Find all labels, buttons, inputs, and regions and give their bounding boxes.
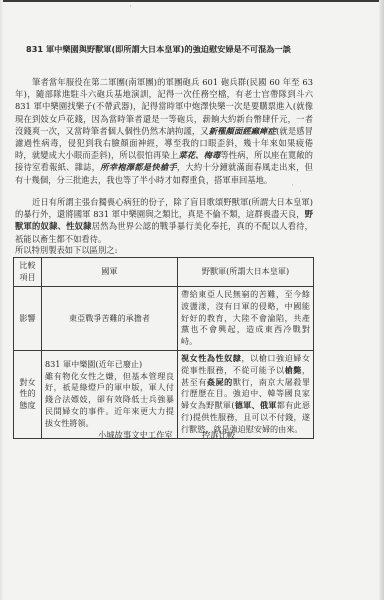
bold-text: 姦屍的 [207,377,233,387]
credit-author: 小城故事文史工作室 [98,429,173,441]
paragraph-text: 近日有所謂主張台獨喪心病狂的份子，除了盲目歌頌野獸軍(所謂大日本皇軍)的暴行外，… [15,197,313,219]
comparison-table: 比較項目 國軍 野獸軍(所謂大日本皇軍) 影響 東亞戰爭苦難的承擔者 帶給東亞人… [13,257,314,439]
credit-note: 控訴比較 [202,429,235,441]
row-label-attitude: 對女性的態度 [14,350,42,438]
impact-national-army: 東亞戰爭苦難的承擔者 [42,287,178,351]
scan-speck [292,184,293,186]
paragraph-2: 近日有所謂主張台獨喪心病狂的份子，除了盲目歌頌野獸軍(所謂大日本皇軍)的暴行外，… [15,196,313,245]
emphasis-text: 菜花、梅毒 [178,150,220,160]
paragraph-3: 所以特別製表如下以區別之: [15,244,313,256]
impact-beast-army: 帶給東亞人民無窮的苦難，至今餘波盪漾，沒有日軍的侵略，中國能好好的教育，大陸不會… [178,287,314,351]
bold-text: 槍斃 [285,365,302,375]
scan-speck [130,5,131,7]
table-header-row: 比較項目 國軍 野獸軍(所謂大日本皇軍) [14,258,314,287]
scan-speck [300,190,301,192]
header-national-army: 國軍 [42,258,178,287]
bold-text: 德軍、俄軍 [234,400,276,410]
emphasis-text: 新罹顏面經痲痺症 [209,126,276,136]
row-label-impact: 影響 [14,287,42,351]
document-page: 831 軍中樂園與野獸軍(即所謂大日本皇軍)的強迫慰安婦是不可混為一談 筆者當年… [0,0,384,600]
header-beast-army: 野獸軍(所謂大日本皇軍) [178,258,314,287]
header-compare-item: 比較項目 [14,258,42,287]
attitude-national-army-title: 831 軍中樂園(近年已廢止) [45,359,174,371]
table-row: 對女性的態度 831 軍中樂園(近年已廢止) 雖有物化女性之嫌，但基本管理良好，… [14,350,314,438]
emphasis-text: 所幸袍澤都是快槍手 [100,162,177,172]
attitude-national-army-text: 雖有物化女性之嫌，但基本管理良好，祇是綠燈戶的軍中版，軍人付錢合法嫖妓，卻有效降… [45,371,174,430]
paragraph-1: 筆者當年服役在第二軍團(南軍團)的軍團砲兵 601 砲兵群(民國 60 年至 6… [15,76,313,186]
attitude-national-army: 831 軍中樂園(近年已廢止) 雖有物化女性之嫌，但基本管理良好，祇是綠燈戶的軍… [42,350,178,438]
table-intro-text: 所以特別製表如下以區別之: [15,245,117,255]
bold-text: 視女性為性奴隸 [181,353,241,363]
attitude-beast-army: 視女性為性奴隸，以槍口強迫婦女從事性服務，不從可能予以槍斃，甚至有姦屍的獸行，南… [178,350,314,438]
table-row: 影響 東亞戰爭苦難的承擔者 帶給東亞人民無窮的苦難，至今餘波盪漾，沒有日軍的侵略… [14,287,314,351]
document-title: 831 軍中樂園與野獸軍(即所謂大日本皇軍)的強迫慰安婦是不可混為一談 [26,44,356,55]
